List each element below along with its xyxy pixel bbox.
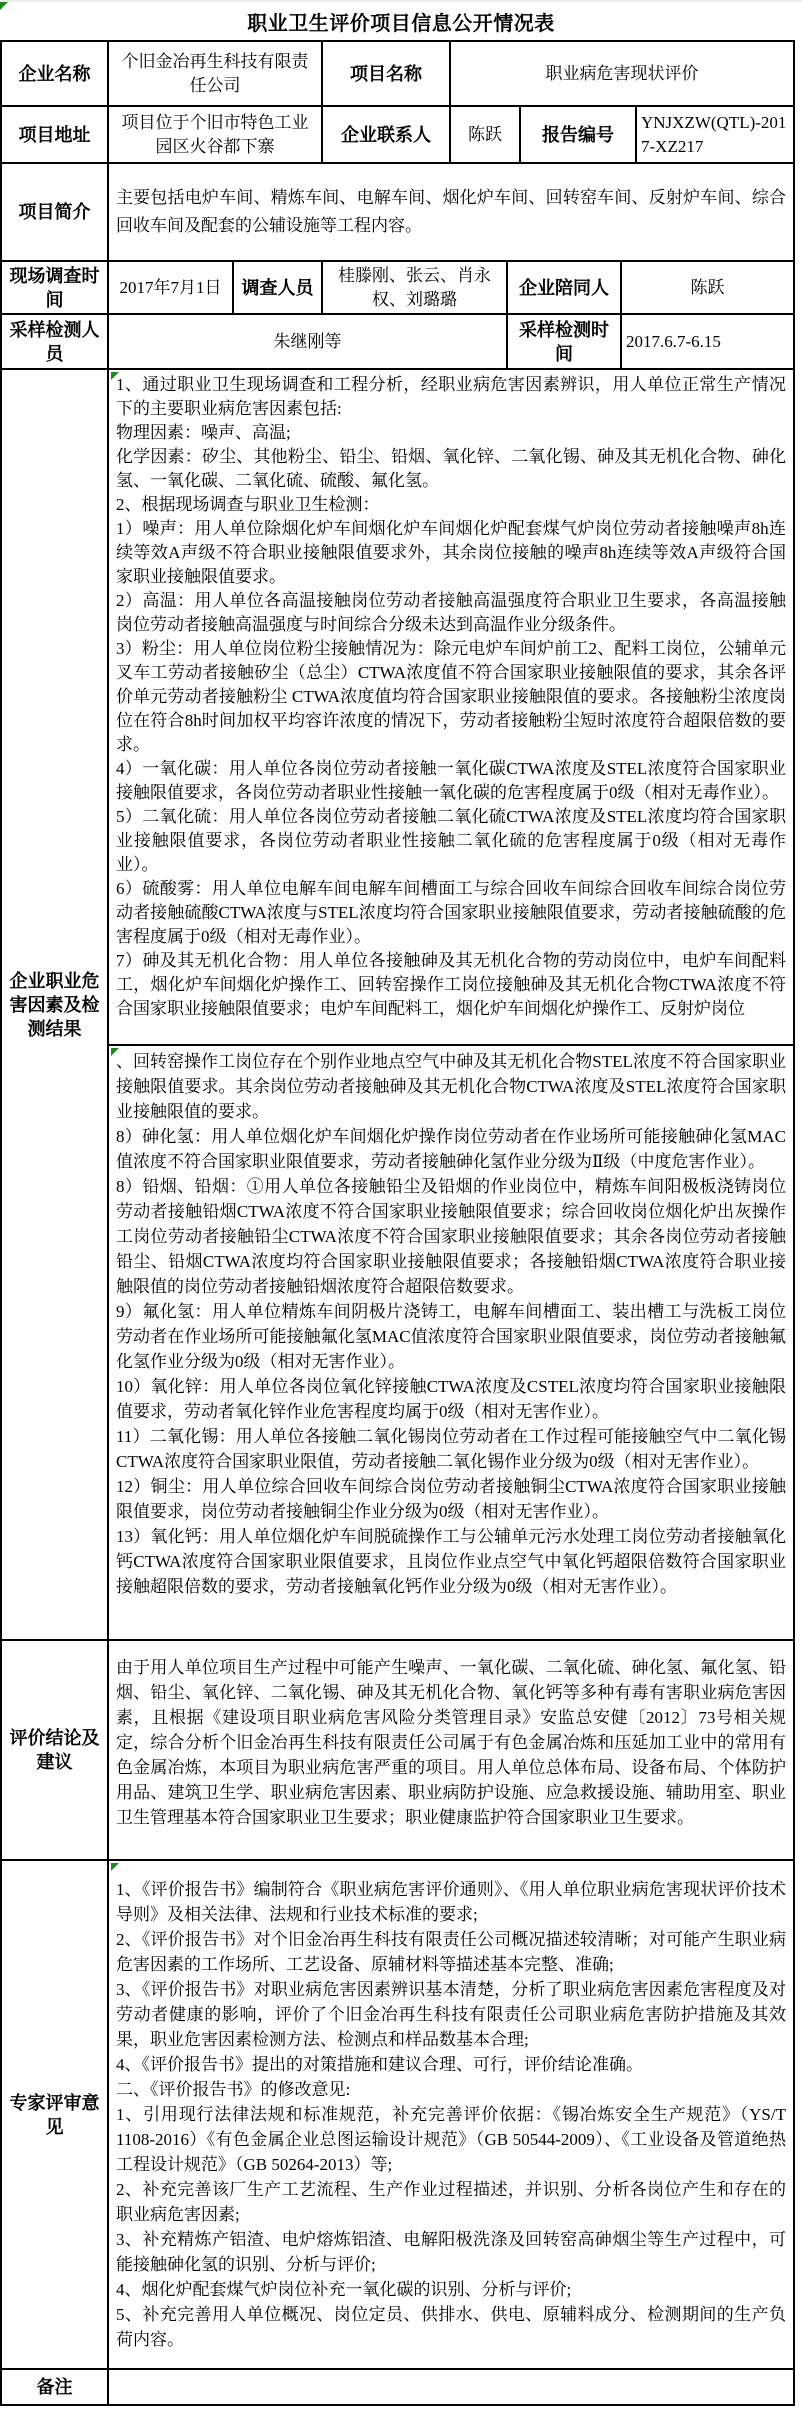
company-contact-label: 企业联系人 (323, 107, 451, 164)
expert-review-text: 1、《评价报告书》编制符合《职业病危害评价通则》、《用人单位职业病危害现状评价技… (109, 1861, 795, 2370)
row-company-project: 企业名称 个旧金冶再生科技有限责任公司 项目名称 职业病危害现状评价 (2, 42, 795, 107)
sampling-time-value: 2017.6.7-6.15 (622, 315, 795, 370)
excel-comment-marker (111, 1863, 119, 1871)
excel-comment-marker (111, 372, 119, 380)
company-name-label: 企业名称 (2, 42, 109, 107)
hazard-results-label: 企业职业危害因素及检测结果 (2, 370, 109, 1641)
survey-time-label: 现场调查时间 (2, 262, 109, 315)
hazard-results-text-part2: 、回转窑操作工岗位存在个别作业地点空气中砷及其无机化合物STEL浓度不符合国家职… (109, 1046, 795, 1641)
report-number-label: 报告编号 (521, 107, 637, 164)
company-name-value: 个旧金冶再生科技有限责任公司 (109, 42, 323, 107)
project-summary-label: 项目简介 (2, 164, 109, 262)
row-remark: 备注 (2, 2370, 795, 2406)
expert-review-label: 专家评审意见 (2, 1861, 109, 2370)
form-table: 企业名称 个旧金冶再生科技有限责任公司 项目名称 职业病危害现状评价 项目地址 … (0, 40, 795, 2406)
company-contact-value: 陈跃 (451, 107, 521, 164)
form-title: 职业卫生评价项目信息公开情况表 (0, 2, 802, 40)
occupational-health-disclosure-form: 职业卫生评价项目信息公开情况表 企业名称 个旧金冶再生科技有限责任公司 项目名称… (0, 0, 802, 2410)
project-address-value: 项目位于个旧市特色工业园区火谷都下寨 (109, 107, 323, 164)
excel-comment-marker (111, 1048, 119, 1056)
sampling-staff-label: 采样检测人员 (2, 315, 109, 370)
project-name-label: 项目名称 (323, 42, 451, 107)
row-sampling: 采样检测人员 朱继刚等 采样检测时间 2017.6.7-6.15 (2, 315, 795, 370)
project-name-value: 职业病危害现状评价 (451, 42, 795, 107)
remark-label: 备注 (2, 2370, 109, 2406)
row-site-survey: 现场调查时间 2017年7月1日 调查人员 桂滕刚、张云、肖永权、刘璐璐 企业陪… (2, 262, 795, 315)
survey-staff-label: 调查人员 (234, 262, 323, 315)
escort-label: 企业陪同人 (508, 262, 622, 315)
hazard-results-text-part1: 1、通过职业卫生现场调查和工程分析，经职业病危害因素辨识，用人单位正常生产情况下… (109, 370, 795, 1046)
sampling-staff-value: 朱继刚等 (109, 315, 508, 370)
row-address-contact: 项目地址 项目位于个旧市特色工业园区火谷都下寨 企业联系人 陈跃 报告编号 YN… (2, 107, 795, 164)
survey-staff-value: 桂滕刚、张云、肖永权、刘璐璐 (323, 262, 508, 315)
excel-comment-marker (0, 2, 8, 10)
remark-value (109, 2370, 795, 2406)
survey-time-value: 2017年7月1日 (109, 262, 234, 315)
project-summary-value: 主要包括电炉车间、精炼车间、电解车间、烟化炉车间、回转窑车间、反射炉车间、综合回… (109, 164, 795, 262)
row-conclusion: 评价结论及建议 由于用人单位项目生产过程中可能产生噪声、一氧化碳、二氧化硫、砷化… (2, 1641, 795, 1861)
conclusion-label: 评价结论及建议 (2, 1641, 109, 1861)
conclusion-text: 由于用人单位项目生产过程中可能产生噪声、一氧化碳、二氧化硫、砷化氢、氟化氢、铅烟… (109, 1641, 795, 1861)
sampling-time-label: 采样检测时间 (508, 315, 622, 370)
escort-value: 陈跃 (622, 262, 795, 315)
report-number-value: YNJXZW(QTL)-2017-XZ217 (637, 107, 795, 164)
row-project-summary: 项目简介 主要包括电炉车间、精炼车间、电解车间、烟化炉车间、回转窑车间、反射炉车… (2, 164, 795, 262)
row-hazard-results: 企业职业危害因素及检测结果 1、通过职业卫生现场调查和工程分析，经职业病危害因素… (2, 370, 795, 1641)
row-expert-review: 专家评审意见 1、《评价报告书》编制符合《职业病危害评价通则》、《用人单位职业病… (2, 1861, 795, 2370)
project-address-label: 项目地址 (2, 107, 109, 164)
